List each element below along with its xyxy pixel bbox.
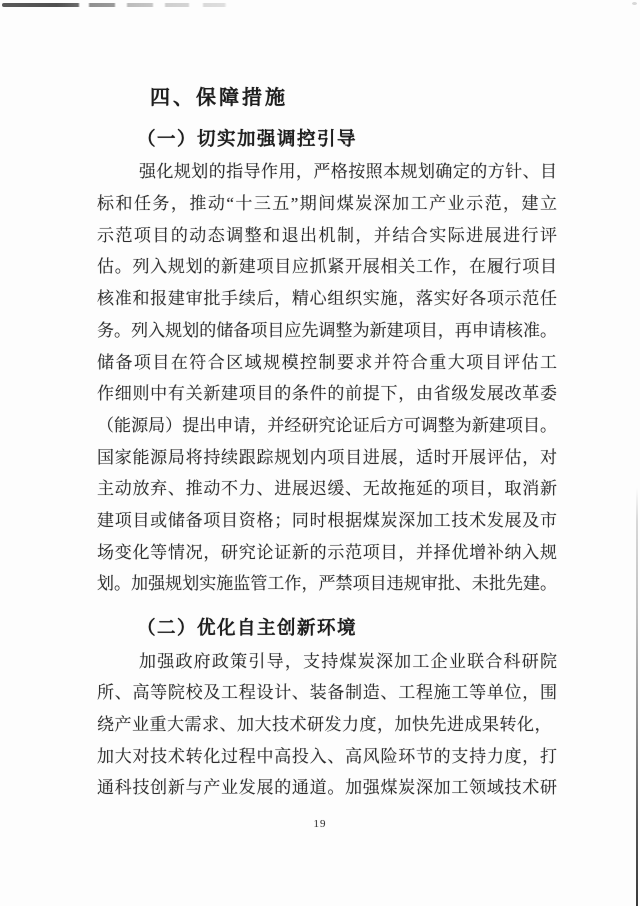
text-line: 场变化等情况，研究论证新的示范项目，并择优增补纳入规: [97, 537, 557, 569]
text-line: 核准和报建审批手续后，精心组织实施，落实好各项示范任: [97, 283, 557, 315]
text-line: 务。列入规划的储备项目应先调整为新建项目，再申请核准。: [97, 315, 557, 347]
scan-artifact-top-smudge: [2, 3, 227, 7]
text-line: 绕产业重大需求、加大技术研发力度，加快先进成果转化，: [97, 709, 557, 741]
subsection-heading-1: （一）切实加强调控引导: [137, 125, 557, 157]
subsection-heading-2: （二）优化自主创新环境: [137, 614, 557, 646]
section-heading: 四、保障措施: [150, 83, 557, 115]
text-line: （能源局）提出申请，并经研究论证后方可调整为新建项目。: [97, 410, 557, 442]
scan-artifact-corner-dot: [632, 2, 637, 5]
text-line: 加大对技术转化过程中高投入、高风险环节的支持力度，打: [97, 741, 557, 773]
text-line: 强化规划的指导作用，严格按照本规划确定的方针、目: [97, 156, 557, 188]
text-line: 估。列入规划的新建项目应抓紧开展相关工作，在履行项目: [97, 251, 557, 283]
scan-artifact-right-edge-line: [636, 488, 638, 906]
text-line: 主动放弃、推动不力、进展迟缓、无故拖延的项目，取消新: [97, 473, 557, 505]
text-line: 国家能源局将持续跟踪规划内项目进展，适时开展评估，对: [97, 442, 557, 474]
text-line: 储备项目在符合区域规模控制要求并符合重大项目评估工: [97, 347, 557, 379]
text-line: 划。加强规划实施监管工作，严禁项目违规审批、未批先建。: [97, 568, 557, 600]
text-block: 四、保障措施 （一）切实加强调控引导 强化规划的指导作用，严格按照本规划确定的方…: [97, 83, 557, 804]
text-line: 加强政府政策引导，支持煤炭深加工企业联合科研院: [97, 646, 557, 678]
text-line: 作细则中有关新建项目的条件的前提下，由省级发展改革委: [97, 378, 557, 410]
document-page: 四、保障措施 （一）切实加强调控引导 强化规划的指导作用，严格按照本规划确定的方…: [0, 0, 640, 906]
text-line: 示范项目的动态调整和退出机制，并结合实际进展进行评: [97, 220, 557, 252]
page-number: 19: [0, 818, 640, 830]
text-line: 标和任务，推动“十三五”期间煤炭深加工产业示范，建立: [97, 188, 557, 220]
text-line: 建项目或储备项目资格；同时根据煤炭深加工技术发展及市: [97, 505, 557, 537]
text-line: 通科技创新与产业发展的通道。加强煤炭深加工领域技术研: [97, 772, 557, 804]
text-line: 所、高等院校及工程设计、装备制造、工程施工等单位，围: [97, 677, 557, 709]
